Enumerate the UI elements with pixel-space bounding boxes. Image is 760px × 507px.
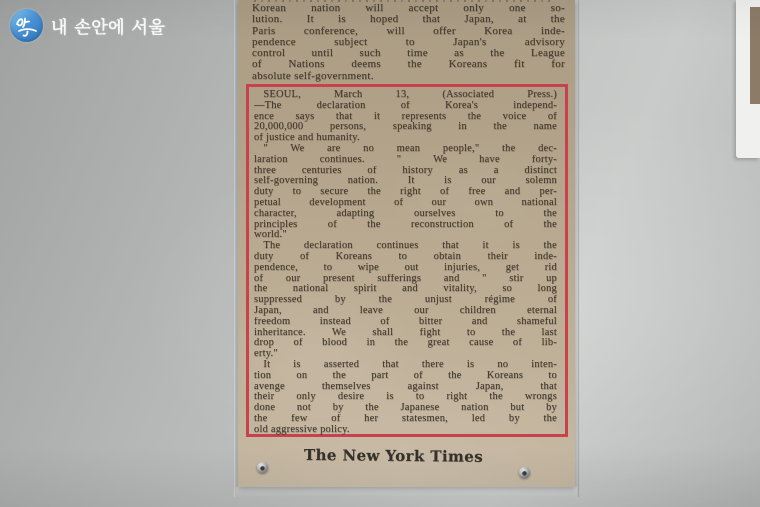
masthead-row: The New York Times — [238, 445, 575, 468]
article-line: self-governing nation. It is our solemn — [254, 176, 557, 187]
article-line: petual development of our own national — [254, 198, 557, 209]
acrylic-panel-left-edge — [234, 0, 235, 497]
article-line: old aggressive policy. — [254, 425, 557, 436]
adjacent-frame-edge — [736, 0, 760, 158]
article-line: SEOUL, March 13, (Associated Press.) — [254, 90, 557, 101]
article-line: the national spirit and vitality, so lon… — [254, 284, 557, 295]
museum-wall: 내 손안에 서울 Korean nation will accept only … — [0, 0, 760, 507]
watermark-logo: 내 손안에 서울 — [10, 9, 165, 42]
article-line: laration continues. " We have forty- — [254, 155, 557, 166]
article-line: principles of the reconstruction of the — [254, 220, 557, 231]
article-line: The declaration continues that it is the — [254, 241, 557, 252]
top-article-text: Korean nation will accept only one so-lu… — [252, 3, 565, 82]
article-line: of Nations deems the Koreans fit for — [252, 59, 565, 70]
article-line: three centuries of history as a distinct — [254, 166, 557, 177]
screw-icon — [257, 462, 268, 473]
screw-icon — [519, 467, 530, 478]
article-line: duty of Koreans to obtain their inde- — [254, 252, 557, 263]
article-line: duty to secure the right of free and per… — [254, 187, 557, 198]
article-line: —The declaration of Korea's independ- — [254, 101, 557, 112]
article-line: done not by the Japanese nation but by — [254, 403, 557, 414]
article-line: inheritance. We shall fight to the last — [254, 328, 557, 339]
article-line: pendence, to wipe out injuries, get rid — [254, 263, 557, 274]
highlighted-article-text: SEOUL, March 13, (Associated Press.)—The… — [254, 90, 557, 436]
article-line: erty." — [254, 349, 557, 360]
article-line: their only desire is to right the wrongs — [254, 392, 557, 403]
article-line: the few of her statesmen, led by the — [254, 414, 557, 425]
article-line: absolute self-government. — [252, 71, 565, 82]
article-line: of our present sufferings and " stir up — [254, 274, 557, 285]
article-line: Korean nation will accept only one so- — [252, 3, 565, 14]
watermark-text: 내 손안에 서울 — [51, 13, 165, 38]
article-line: ence says that it represents the voice o… — [254, 112, 557, 123]
article-line: 20,000,000 persons, speaking in the name — [254, 122, 557, 133]
article-line: Japan, and leave our children eternal — [254, 306, 557, 317]
article-line: of justice and humanity. — [254, 133, 557, 144]
newspaper-masthead: The New York Times — [304, 446, 483, 466]
article-line: world." — [254, 230, 557, 241]
article-line: " We are no mean people," the dec- — [254, 144, 557, 155]
adjacent-frame-photo — [750, 7, 760, 104]
article-line: drop of blood in the great cause of lib- — [254, 338, 557, 349]
article-line: avenge themselves against Japan, that — [254, 382, 557, 393]
article-line: control until such time as the League — [252, 48, 565, 59]
article-line: freedom instead of bitter and shameful — [254, 317, 557, 328]
newspaper-clipping: Korean nation will accept only one so-lu… — [238, 0, 575, 487]
acrylic-panel-right-edge — [578, 0, 579, 497]
article-line: Paris conference, will offer Korea inde- — [252, 26, 565, 37]
article-line: character, adapting ourselves to the — [254, 209, 557, 220]
red-highlight-box: SEOUL, March 13, (Associated Press.)—The… — [246, 84, 568, 437]
article-line: tion on the part of the Koreans to — [254, 371, 557, 382]
article-line: It is asserted that there is no inten- — [254, 360, 557, 371]
article-line: suppressed by the unjust régime of — [254, 295, 557, 306]
article-line: pendence subject to Japan's advisory — [252, 37, 565, 48]
clipped-text-sliver — [254, 0, 554, 2]
article-line: lution. It is hoped that Japan, at the — [252, 14, 565, 25]
seoul-calligraphy-badge-icon — [10, 9, 43, 42]
acrylic-panel-bottom-edge — [236, 487, 577, 497]
